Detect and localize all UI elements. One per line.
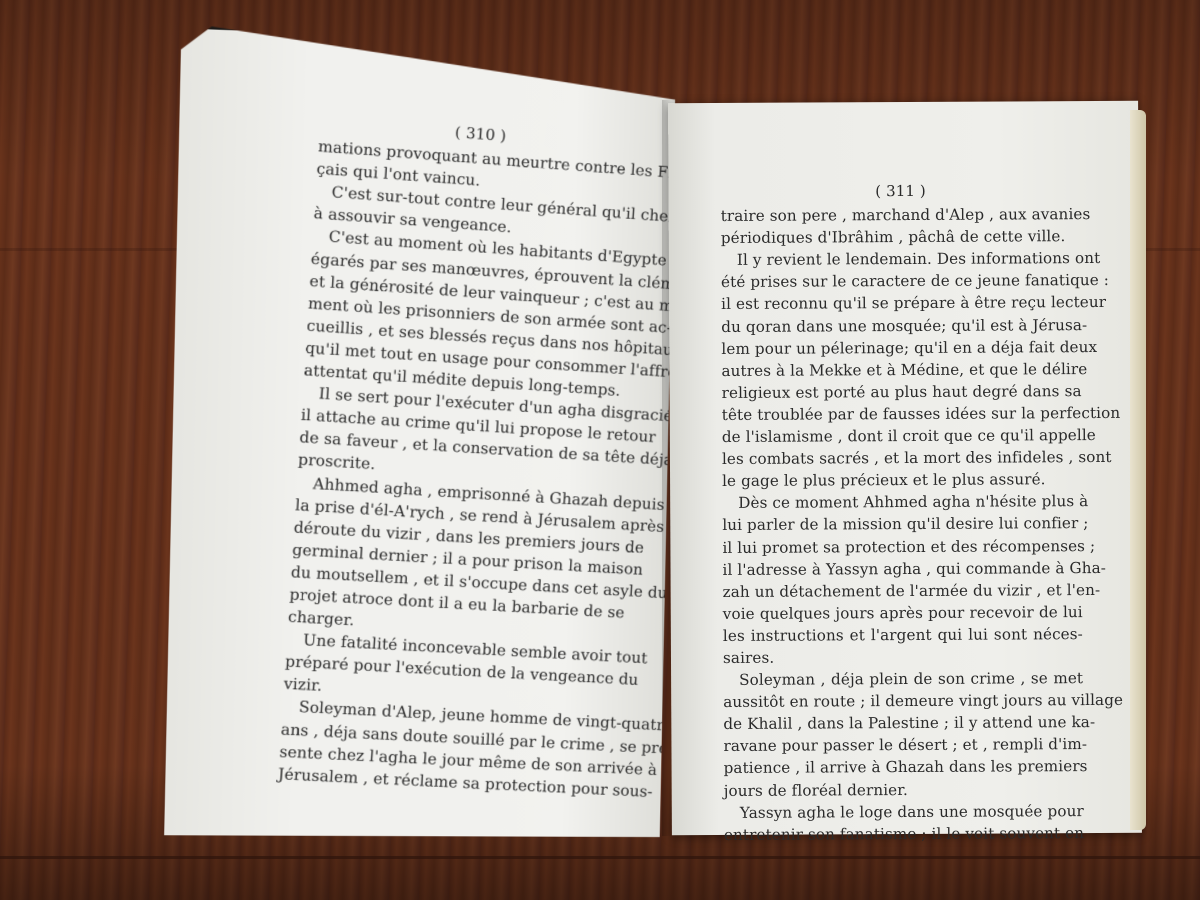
text-line: patience , il arrive à Ghazah dans les p… <box>724 756 1084 780</box>
text-line: tête troublée par de fausses idées sur l… <box>722 402 1082 426</box>
text-line: saires. <box>723 645 1083 669</box>
text-line: Il y revient le lendemain. Des informati… <box>721 247 1081 271</box>
text-line: il est reconnu qu'il se prépare à être r… <box>721 292 1081 316</box>
text-line: traire son pere , marchand d'Alep , aux … <box>721 203 1081 227</box>
text-line: jours de floréal dernier. <box>724 778 1084 802</box>
page-stack-edge <box>1130 110 1146 830</box>
text-line: de Khalil , dans la Palestine ; il y att… <box>723 711 1083 735</box>
right-page: ( 311 ) traire son pere , marchand d'Ale… <box>668 101 1142 835</box>
text-line: il lui promet sa protection et des récom… <box>722 535 1082 559</box>
text-line: été prises sur le caractere de ce jeune … <box>721 269 1081 293</box>
text-line: Dès ce moment Ahhmed agha n'hésite plus … <box>722 490 1082 514</box>
text-line: zah un détachement de l'armée du vizir ,… <box>723 579 1083 603</box>
text-line: autres à la Mekke et à Médine, et que le… <box>721 358 1081 382</box>
left-page-lines: mations provoquant au meurtre contre les… <box>277 135 638 800</box>
page-number-right: ( 311 ) <box>720 179 1080 203</box>
text-line: le gage le plus précieux et le plus assu… <box>722 468 1082 492</box>
text-line: les instructions et l'argent qui lui son… <box>723 623 1083 647</box>
text-line: voie quelques jours après pour recevoir … <box>723 601 1083 625</box>
text-line: périodiques d'Ibrâhim , pâchâ de cette v… <box>721 225 1081 249</box>
table-plank-seam <box>0 856 1200 859</box>
text-line: lui parler de la mission qu'il desire lu… <box>722 512 1082 536</box>
text-line: du qoran dans une mosquée; qu'il est à J… <box>721 314 1081 338</box>
text-line: religieux est porté au plus haut degré d… <box>722 380 1082 404</box>
text-line: aussitôt en route ; il demeure vingt jou… <box>723 689 1083 713</box>
left-page: ( 310 ) mations provoquant au meurtre co… <box>164 25 676 837</box>
text-line: les combats sacrés , et la mort des infi… <box>722 446 1082 470</box>
text-line: entretenir son fanatisme ; il le voit so… <box>724 822 1084 846</box>
left-page-text: ( 310 ) mations provoquant au meurtre co… <box>277 111 640 800</box>
right-page-text: ( 311 ) traire son pere , marchand d'Ale… <box>720 179 1083 846</box>
text-line: ravane pour passer le désert ; et , remp… <box>723 733 1083 757</box>
text-line: de l'islamisme , dont il croit que ce qu… <box>722 424 1082 448</box>
text-line: Soleyman , déja plein de son crime , se … <box>723 667 1083 691</box>
right-page-lines: traire son pere , marchand d'Alep , aux … <box>721 203 1084 846</box>
text-line: il l'adresse à Yassyn agha , qui command… <box>722 557 1082 581</box>
text-line: lem pour un pélerinage; qu'il en a déja … <box>721 336 1081 360</box>
text-line: Yassyn agha le loge dans une mosquée pou… <box>724 800 1084 824</box>
